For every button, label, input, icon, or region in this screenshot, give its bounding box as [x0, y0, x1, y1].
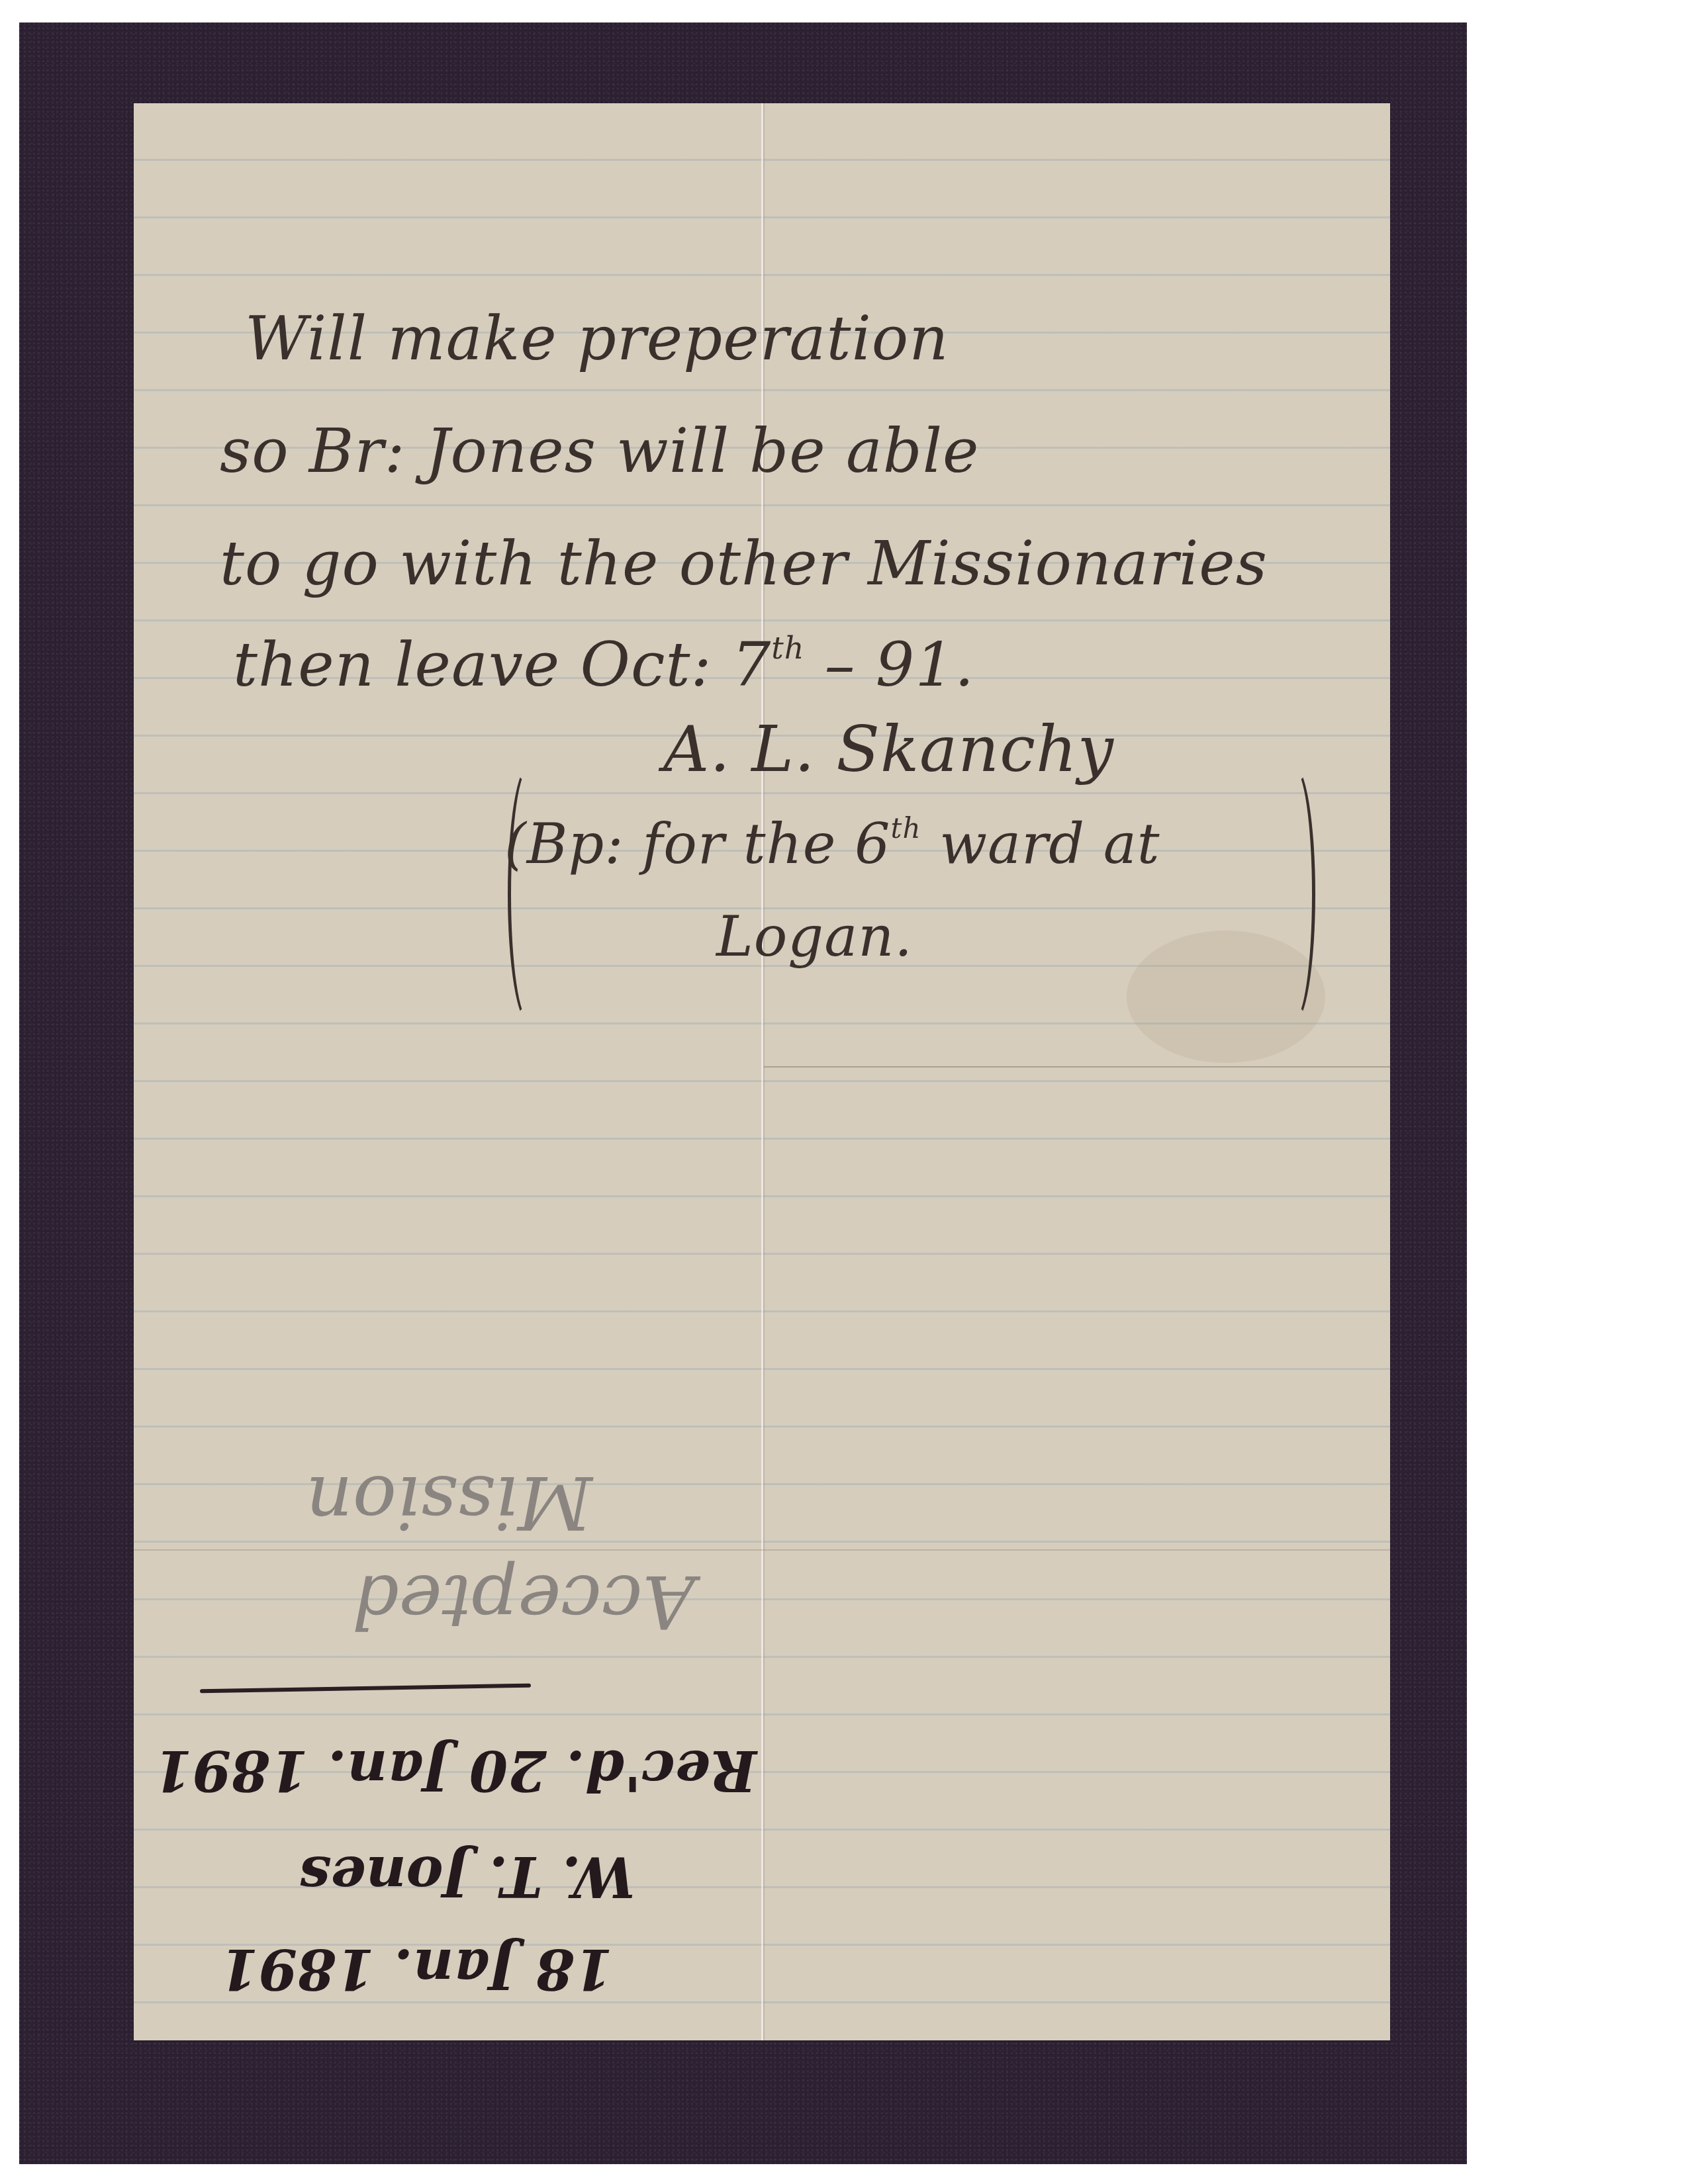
- fold-crease-horizontal: [764, 1066, 1390, 1068]
- pencil-note-mission: Mission: [306, 1460, 592, 1545]
- letter-line-3: to go with the other Missionaries: [220, 533, 1268, 594]
- fold-crease-lower: [134, 1549, 1390, 1551]
- line4-ordinal: th: [771, 630, 804, 666]
- title-ordinal: th: [891, 812, 921, 844]
- signer-place: Logan.: [716, 904, 913, 969]
- signer-title: (Bp: for the 6th ward at: [504, 811, 1160, 876]
- line4-main: then leave Oct: 7: [233, 629, 771, 700]
- letter-line-1: Will make preperation: [245, 308, 949, 369]
- docket-underline: [200, 1684, 531, 1694]
- letter-line-4: then leave Oct: 7th – 91.: [233, 633, 974, 696]
- docket-name: W. T. Jones: [299, 1844, 635, 1909]
- title-prefix: (Bp: for the 6: [504, 811, 891, 876]
- docket-received: Rec'd. 20 Jan. 1891: [154, 1738, 757, 1803]
- left-parenthesis: [508, 765, 551, 1023]
- pencil-note-accepted: Accepted: [352, 1559, 695, 1644]
- title-suffix: ward at: [921, 811, 1160, 876]
- right-parenthesis: [1272, 765, 1315, 1023]
- line4-year: – 91.: [804, 629, 974, 700]
- letter-sheet: Will make preperation so Br: Jones will …: [134, 103, 1390, 2040]
- docket-date: 18 Jan. 1891: [220, 1936, 613, 2002]
- letter-line-2: so Br: Jones will be able: [220, 421, 980, 482]
- signature: A. L. Skanchy: [663, 712, 1114, 786]
